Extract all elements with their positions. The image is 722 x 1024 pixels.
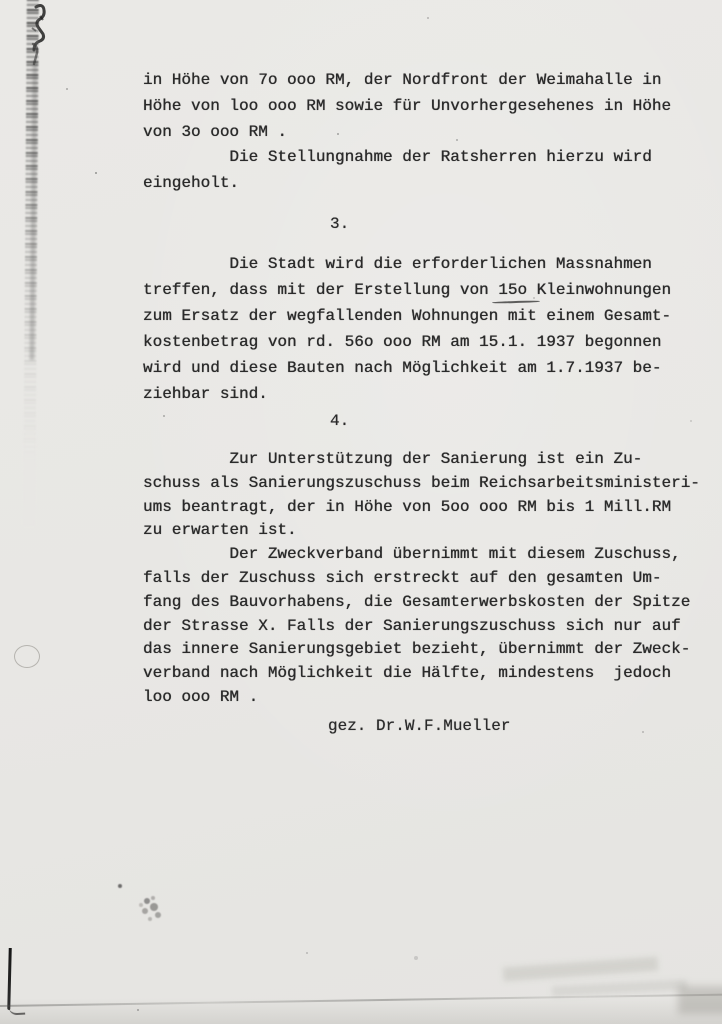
text-line: falls der Zuschuss sich erstreckt auf de… (143, 567, 718, 591)
paragraph-section-4: Zur Unterstützung der Sanierung ist ein … (143, 448, 718, 710)
text-line: Die Stellungnahme der Ratsherren hierzu … (143, 145, 718, 171)
text-line: kostenbetrag von rd. 56o ooo RM am 15.1.… (143, 329, 718, 355)
section-4-number: 4. (330, 411, 349, 431)
text-line: treffen, dass mit der Erstellung von 15o… (143, 277, 718, 303)
text-line: fang des Bauvorhabens, die Gesamterwerbs… (143, 591, 718, 615)
text-line: eingeholt. (143, 171, 718, 197)
text-line: zu erwarten ist. (143, 519, 718, 543)
paragraph-continuation: in Höhe von 7o ooo RM, der Nordfront der… (143, 68, 718, 197)
text-line: verband nach Möglichkeit die Hälfte, min… (143, 662, 718, 686)
signature-line: gez. Dr.W.F.Mueller (328, 716, 510, 736)
text-line: wird und diese Bauten nach Möglichkeit a… (143, 355, 718, 381)
text-line: das innere Sanierungsgebiet bezieht, übe… (143, 638, 718, 662)
text-line: Zur Unterstützung der Sanierung ist ein … (143, 448, 718, 472)
text-line: von 3o ooo RM . (143, 120, 718, 146)
text-line: in Höhe von 7o ooo RM, der Nordfront der… (143, 68, 718, 94)
text-line: Höhe von loo ooo RM sowie für Unvorherge… (143, 94, 718, 120)
text-line: ziehbar sind. (143, 381, 718, 407)
text-line: loo ooo RM . (143, 686, 718, 710)
paper-specks (0, 0, 2, 2)
paragraph-section-3: Die Stadt wird die erforderlichen Massna… (143, 251, 718, 407)
bottom-edge-shade (0, 998, 722, 1024)
text-line: ums beantragt, der in Höhe von 5oo ooo R… (143, 496, 718, 520)
faint-stamp-smudge (503, 957, 659, 982)
punch-hole-mark (14, 645, 40, 668)
section-3-number: 3. (330, 214, 349, 234)
ink-smudge (118, 884, 122, 888)
text-line: schuss als Sanierungszuschuss beim Reich… (143, 472, 718, 496)
text-line: Die Stadt wird die erforderlichen Massna… (143, 251, 718, 277)
text-line: Der Zweckverband übernimmt mit diesem Zu… (143, 543, 718, 567)
document-page: in Höhe von 7o ooo RM, der Nordfront der… (0, 0, 722, 1024)
text-line: zum Ersatz der wegfallenden Wohnungen mi… (143, 303, 718, 329)
text-line: der Strasse X. Falls der Sanierungszusch… (143, 615, 718, 639)
